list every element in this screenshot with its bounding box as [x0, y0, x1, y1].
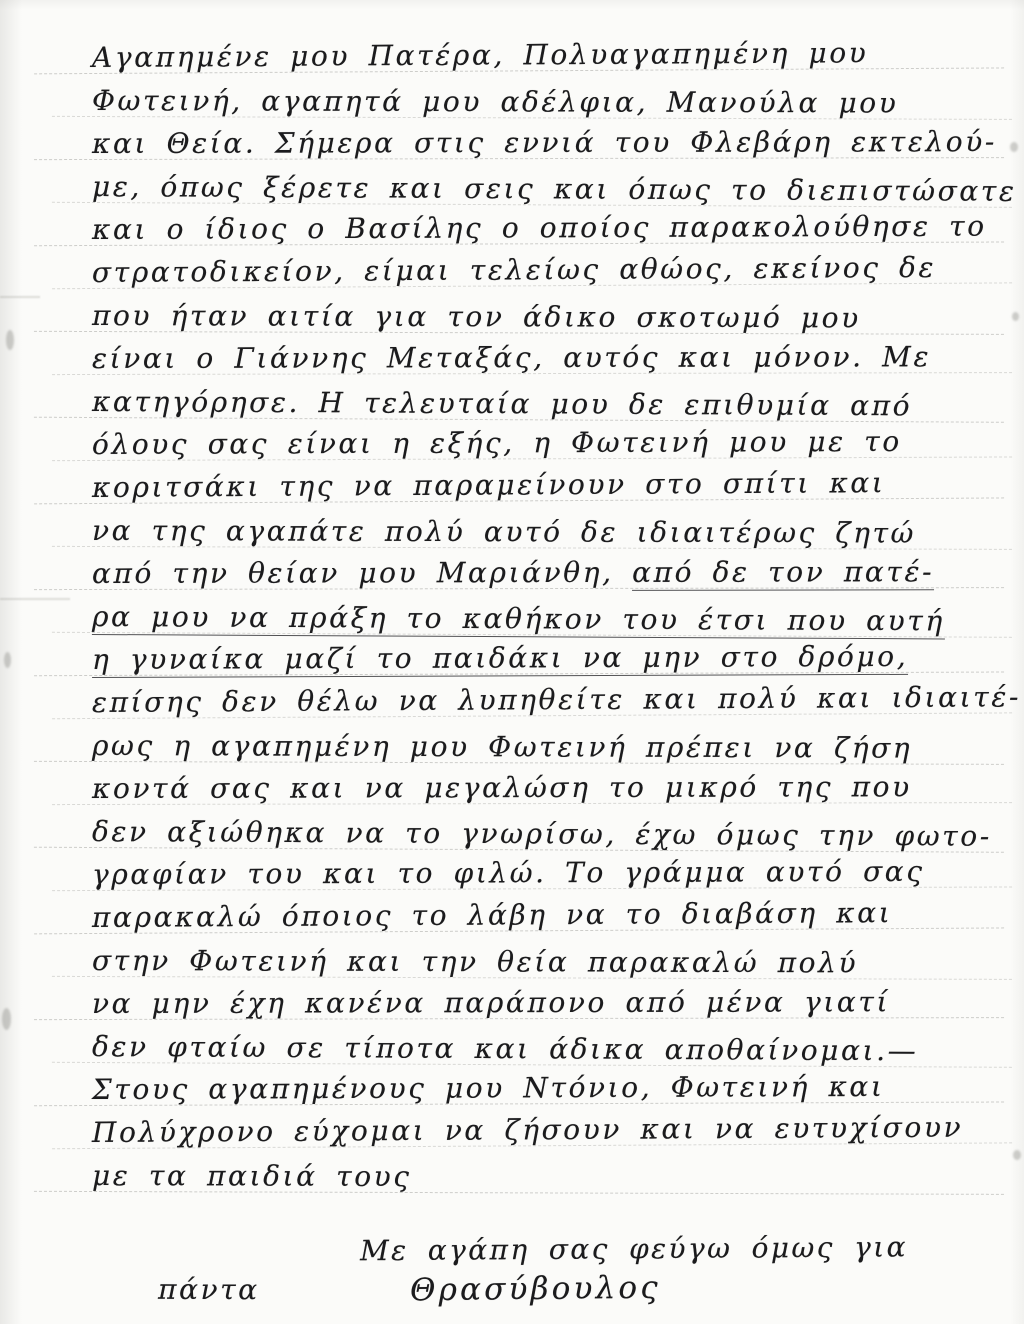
handwritten-line: να μην έχη κανένα παράπονο από μένα γιατ… [92, 980, 998, 1025]
handwritten-text: που ήταν αιτία για τον άδικο σκοτωμό μου [92, 299, 861, 334]
handwritten-line: επίσης δεν θέλω να λυπηθείτε και πολύ κα… [92, 675, 998, 724]
handwritten-text: είναι ο Γιάννης Μεταξάς, αυτός και μόνον… [92, 340, 931, 375]
handwritten-text: δεν αξιώθηκα να το γνωρίσω, έχω όμως την… [92, 815, 992, 853]
underlined-text: από δε τον πατέ- [632, 555, 934, 591]
handwritten-text: κοντά σας και να μεγαλώση το μικρό της π… [92, 770, 912, 805]
handwritten-line: κοντά σας και να μεγαλώση το μικρό της π… [92, 765, 998, 810]
handwritten-line: παρακαλώ όποιος το λάβη να το διαβάση κα… [92, 890, 998, 939]
handwritten-line: και ο ίδιος ο Βασίλης ο οποίος παρακολού… [92, 205, 998, 251]
handwritten-line: που ήταν αιτία για τον άδικο σκοτωμό μου [92, 294, 998, 340]
handwritten-line: ρως η αγαπημένη μου Φωτεινή πρέπει να ζή… [92, 724, 998, 770]
handwritten-text: παρακαλώ όποιος το λάβη να το διαβάση κα… [92, 896, 892, 934]
scan-speck [4, 652, 11, 668]
handwritten-text: Πολύχρονο εύχομαι να ζήσουν και να ευτυχ… [92, 1111, 963, 1149]
handwritten-text: και ο ίδιος ο Βασίλης ο οποίος παρακολού… [92, 210, 987, 246]
handwritten-text: Φωτεινή, αγαπητά μου αδέλφια, Μανούλα μο… [92, 84, 899, 120]
handwritten-line: από την θείαν μου Μαριάνθη, από δε τον π… [92, 550, 998, 595]
handwritten-line: να της αγαπάτε πολύ αυτό δε ιδιαιτέρως ζ… [92, 509, 998, 555]
handwritten-text: να μην έχη κανένα παράπονο από μένα γιατ… [92, 985, 890, 1020]
scan-speck [1012, 312, 1019, 321]
handwritten-line: στρατοδικείον, είμαι τελείως αθώος, εκεί… [92, 245, 998, 294]
fold-crease [0, 598, 70, 600]
handwritten-text: στην Φωτεινή και την θεία παρακαλώ πολύ [92, 944, 858, 979]
handwritten-line: με τα παιδιά τους [92, 1154, 998, 1200]
handwritten-line: στην Φωτεινή και την θεία παρακαλώ πολύ [92, 939, 998, 985]
underlined-text: ρα μου να πράξη το καθήκον του έτσι που … [92, 600, 945, 639]
handwritten-text: από την θείαν μου Μαριάνθη, [92, 556, 632, 590]
handwritten-text: κατηγόρησε. Η τελευταία μου δε επιθυμία … [92, 385, 912, 422]
handwritten-text: ρως η αγαπημένη μου Φωτεινή πρέπει να ζή… [92, 729, 912, 765]
handwritten-text: γραφίαν του και το φιλώ. Το γράμμα αυτό … [92, 855, 925, 891]
underlined-text: η γυναίκα μαζί το παιδάκι να μην στο δρό… [92, 640, 908, 678]
fold-crease [0, 296, 40, 298]
handwritten-text: Αγαπημένε μου Πατέρα, Πολυαγαπημένη μου [92, 36, 869, 74]
scan-speck [2, 1008, 11, 1030]
handwritten-line: είναι ο Γιάννης Μεταξάς, αυτός και μόνον… [92, 335, 998, 380]
handwritten-text: δεν φταίω σε τίποτα και άδικα αποθαίνομα… [92, 1030, 918, 1067]
scan-speck [1010, 142, 1018, 152]
closing-block: Με αγάπη σας φεύγω όμως για πάντα Θρασύβ… [92, 1232, 998, 1307]
handwritten-text: κοριτσάκι της να παραμείνουν στο σπίτι κ… [92, 466, 886, 504]
signature-row: πάντα Θρασύβουλος [158, 1271, 998, 1307]
handwritten-text: όλους σας είναι η εξής, η Φωτεινή μου με… [92, 425, 902, 461]
handwritten-text: Στους αγαπημένους μου Ντόνιο, Φωτεινή κα… [92, 1070, 885, 1106]
handwritten-text: με, όπως ξέρετε και σεις και όπως το διε… [92, 170, 1017, 208]
handwritten-text: και Θεία. Σήμερα στις εννιά του Φλεβάρη … [92, 125, 997, 160]
handwritten-line: όλους σας είναι η εξής, η Φωτεινή μου με… [92, 420, 998, 466]
handwritten-line: η γυναίκα μαζί το παιδάκι να μην στο δρό… [92, 635, 998, 681]
handwritten-line: κοριτσάκι της να παραμείνουν στο σπίτι κ… [92, 460, 998, 509]
handwritten-text: με τα παιδιά τους [92, 1159, 412, 1193]
handwritten-text: στρατοδικείον, είμαι τελείως αθώος, εκεί… [92, 251, 936, 289]
signature: Θρασύβουλος [410, 1270, 661, 1309]
handwritten-line: γραφίαν του και το φιλώ. Το γράμμα αυτό … [92, 850, 998, 896]
handwritten-text: επίσης δεν θέλω να λυπηθείτε και πολύ κα… [92, 680, 1021, 719]
letter-body: Αγαπημένε μου Πατέρα, Πολυαγαπημένη μουΦ… [92, 36, 998, 1197]
scan-speck [1013, 1150, 1021, 1160]
handwritten-line: Αγαπημένε μου Πατέρα, Πολυαγαπημένη μου [92, 30, 998, 79]
handwritten-text: να της αγαπάτε πολύ αυτό δε ιδιαιτέρως ζ… [92, 514, 916, 550]
scan-speck [6, 330, 14, 350]
handwritten-line: και Θεία. Σήμερα στις εννιά του Φλεβάρη … [92, 120, 998, 165]
handwritten-line: Πολύχρονο εύχομαι να ζήσουν και να ευτυχ… [92, 1105, 998, 1154]
scanned-letter-page: Αγαπημένε μου Πατέρα, Πολυαγαπημένη μουΦ… [0, 0, 1024, 1324]
handwritten-line: Φωτεινή, αγαπητά μου αδέλφια, Μανούλα μο… [92, 79, 998, 125]
handwritten-line: Στους αγαπημένους μου Ντόνιο, Φωτεινή κα… [92, 1065, 998, 1111]
farewell-word: πάντα [158, 1273, 260, 1307]
farewell-line: Με αγάπη σας φεύγω όμως για [360, 1230, 998, 1267]
